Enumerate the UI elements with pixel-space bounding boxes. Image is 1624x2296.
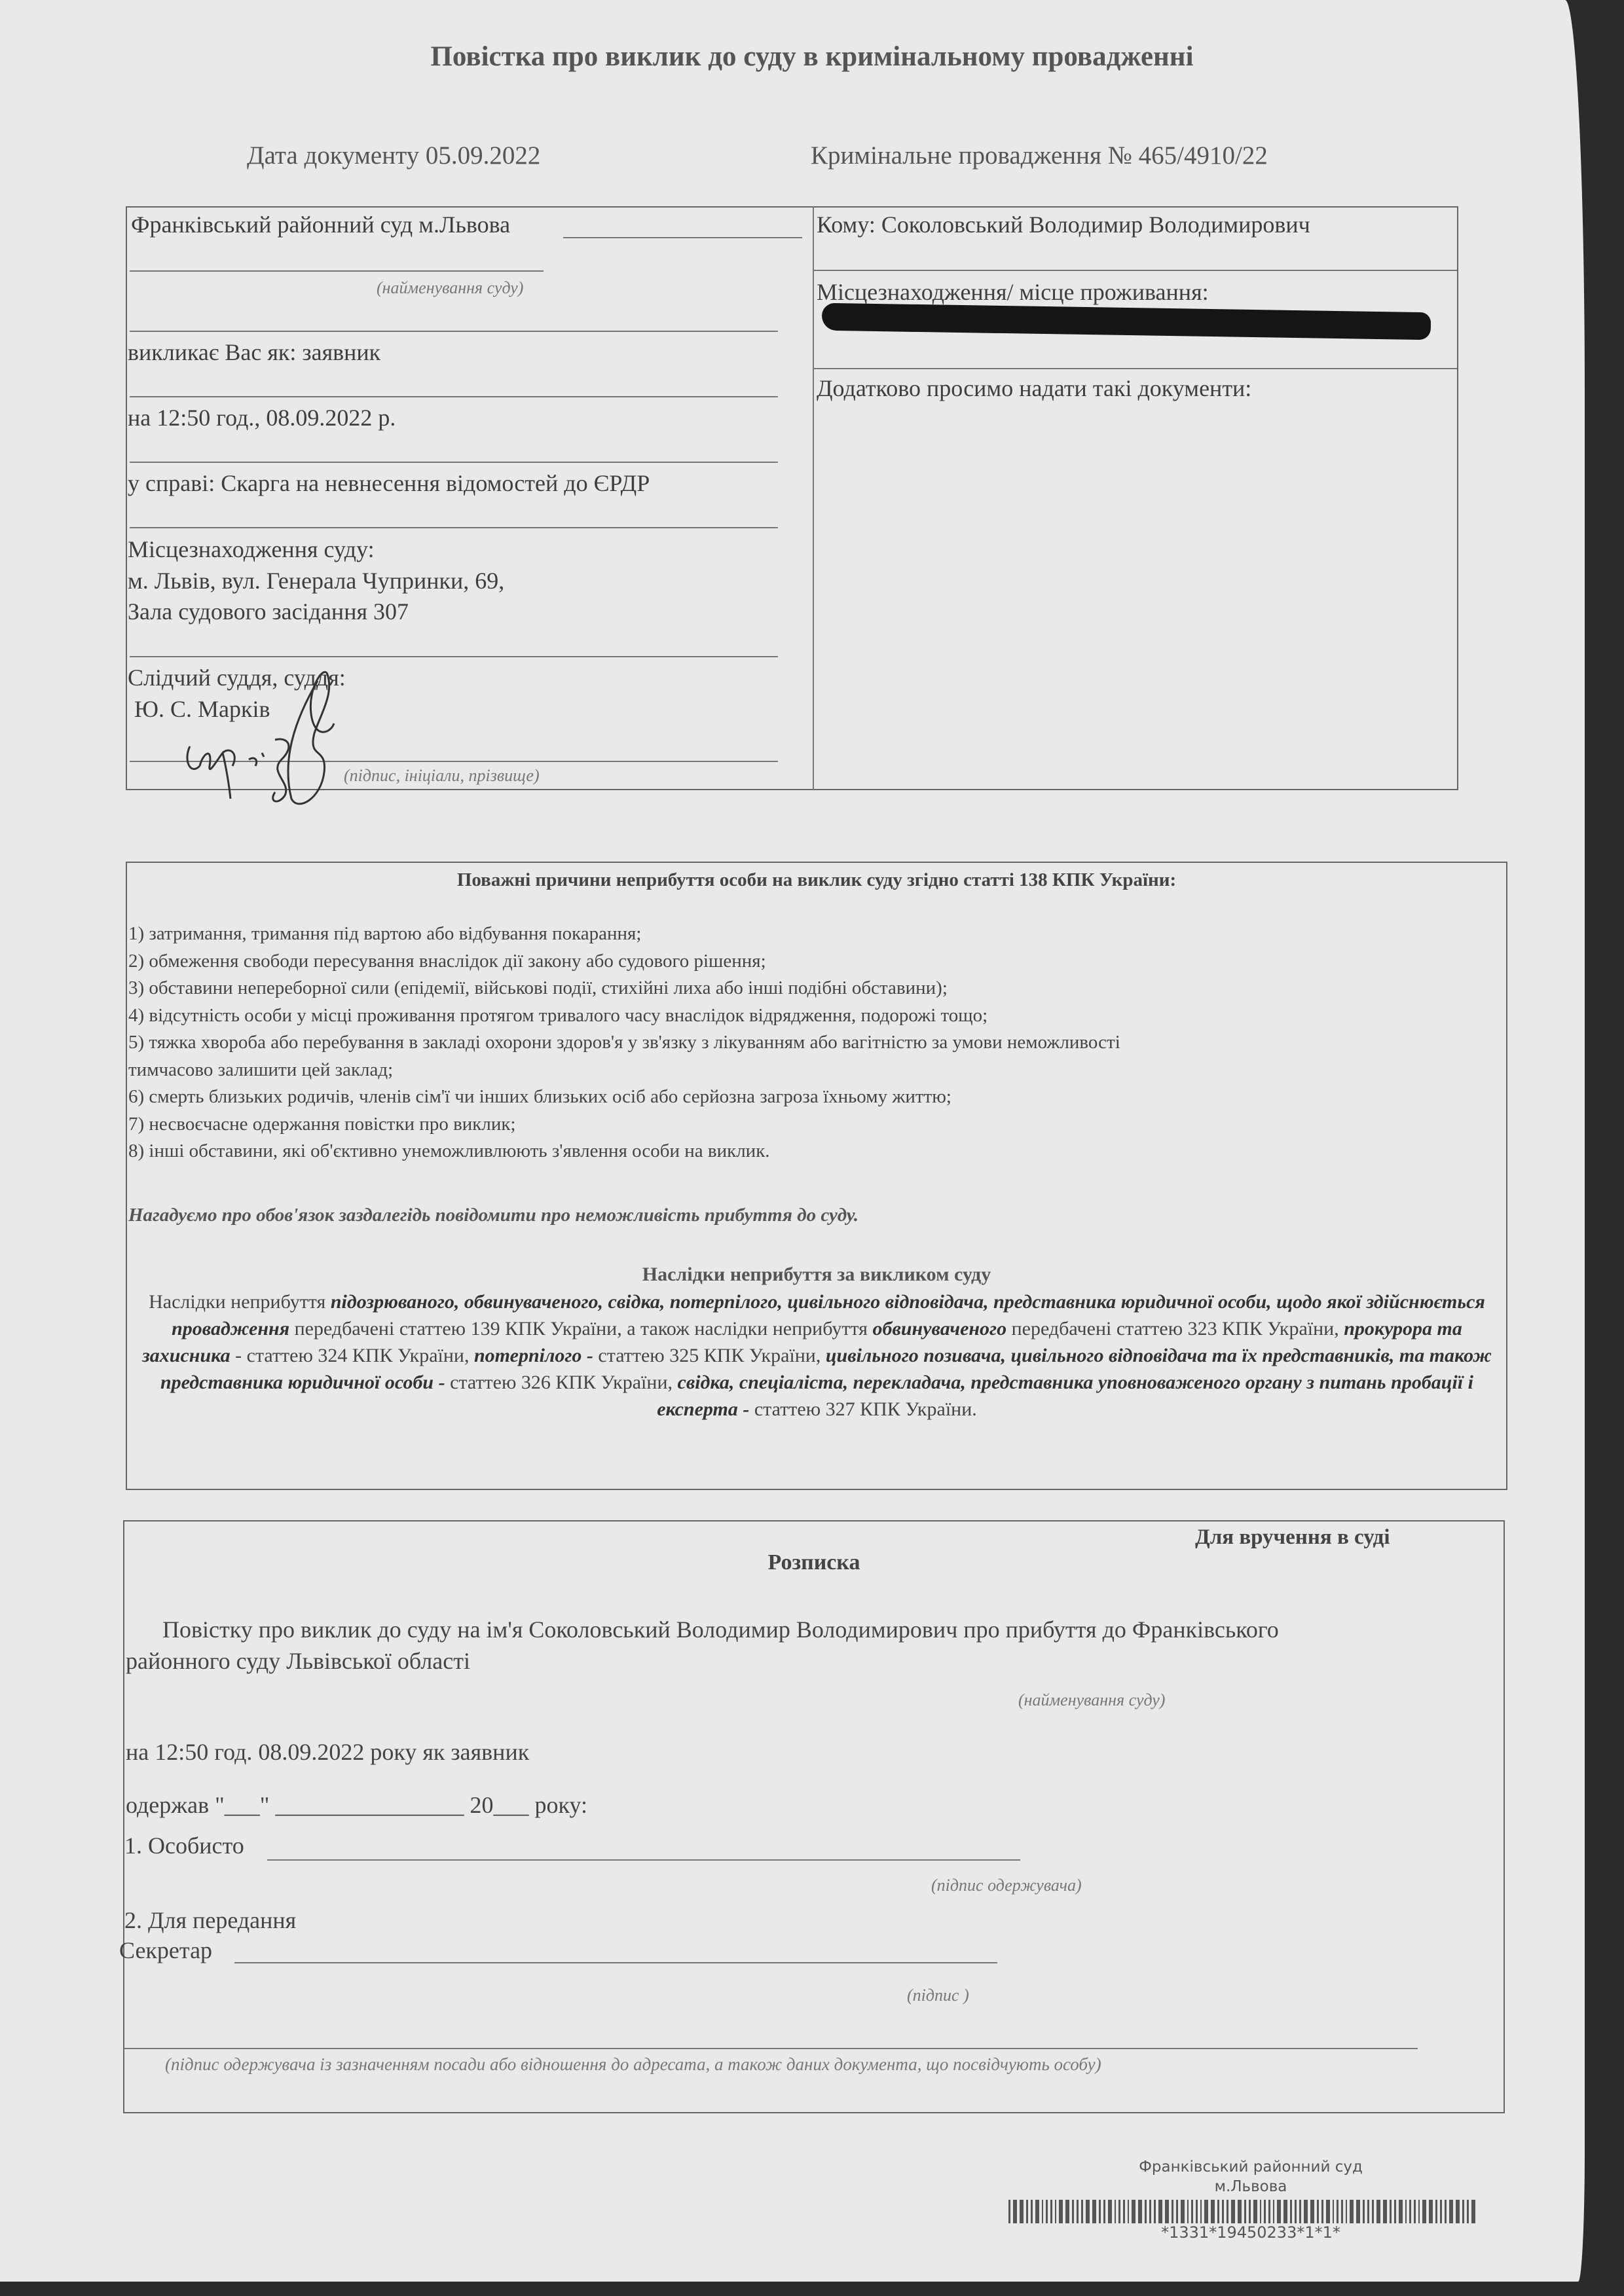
barcode-bar	[1176, 2200, 1178, 2223]
barcode-bar	[1445, 2200, 1447, 2223]
reason-item: 2) обмеження свободи пересування внаслід…	[128, 948, 1504, 975]
barcode-text: *1331*19450233*1*1*	[1074, 2223, 1428, 2242]
court-footer-line2: м.Львова	[1074, 2177, 1428, 2196]
barcode-bar	[1123, 2200, 1125, 2223]
barcode-bar	[1149, 2200, 1151, 2223]
barcode-bar	[1414, 2200, 1416, 2223]
barcode-bar	[1145, 2200, 1147, 2223]
document-date: Дата документу 05.09.2022	[247, 141, 540, 170]
receipt-body-line2: районного суду Львівської області	[126, 1647, 470, 1675]
court-room: Зала судового засідання 307	[128, 598, 409, 625]
barcode-bar	[1299, 2200, 1301, 2223]
barcode-bar	[1222, 2200, 1224, 2223]
barcode-bar	[1283, 2200, 1287, 2223]
barcode-bar	[1092, 2200, 1096, 2223]
court-footer-name: Франківський районний суд м.Львова	[1074, 2157, 1428, 2196]
barcode-bar	[1128, 2200, 1129, 2223]
barcode-bar	[1462, 2200, 1464, 2223]
reason-item: 1) затримання, тримання під вартою або в…	[128, 920, 1504, 948]
court-name: Франківський районний суд м.Львова	[131, 211, 510, 238]
barcode-bar	[1055, 2200, 1056, 2223]
reasons-title: Поважні причини неприбуття особи на викл…	[126, 869, 1507, 891]
barcode-bar	[1103, 2200, 1105, 2223]
barcode-bar	[1013, 2200, 1017, 2223]
reminder-note: Нагадуємо про обов'язок заздалегідь пові…	[128, 1202, 858, 1230]
barcode-bar	[1264, 2200, 1266, 2223]
consequences-emphasis: обвинуваченого	[872, 1318, 1006, 1339]
court-location-label: Місцезнаходження суду:	[128, 536, 375, 563]
barcode-bar	[1227, 2200, 1228, 2223]
barcode-bar	[1115, 2200, 1116, 2223]
secretary-label: Секретар	[119, 1937, 212, 1964]
for-court-label: Для вручення в суді	[1195, 1525, 1390, 1550]
barcode-bar	[1042, 2200, 1043, 2223]
hearing-datetime: на 12:50 год., 08.09.2022 р.	[128, 404, 396, 431]
barcode-bar	[1253, 2200, 1257, 2223]
personally-label: 1. Особисто	[124, 1832, 244, 1859]
judge-signature	[177, 661, 413, 812]
barcode-bar	[1317, 2200, 1319, 2223]
case-number: Кримінальне провадження № 465/4910/22	[811, 141, 1268, 170]
barcode-bar	[1440, 2200, 1442, 2223]
consequences-emphasis: потерпілого -	[474, 1345, 593, 1366]
barcode-bar	[1372, 2200, 1374, 2223]
barcode-bar	[1072, 2200, 1074, 2223]
barcode-bar	[1277, 2200, 1281, 2223]
consequences-text-part: статтею 325 КПК України,	[593, 1345, 826, 1366]
barcode-bar	[1132, 2200, 1135, 2223]
barcode-bar	[1099, 2200, 1101, 2223]
barcode-bar	[1295, 2200, 1297, 2223]
reasons-list: 1) затримання, тримання під вартою або в…	[128, 920, 1504, 1165]
consequences-title: Наслідки неприбуття за викликом суду	[126, 1264, 1507, 1286]
barcode-bar	[1394, 2200, 1396, 2223]
transfer-label: 2. Для передання	[124, 1906, 296, 1934]
consequences-text-part: статтею 326 КПК України,	[445, 1372, 678, 1393]
barcode-bar	[1217, 2200, 1219, 2223]
barcode-bar	[1108, 2200, 1112, 2223]
barcode-bar	[1181, 2200, 1185, 2223]
barcode-bar	[1249, 2200, 1251, 2223]
barcode-bar	[1165, 2200, 1169, 2223]
receipt-body-line1: Повістку про виклик до суду на ім'я Соко…	[162, 1616, 1279, 1643]
barcode-bar	[1211, 2200, 1215, 2223]
barcode-bar	[1187, 2200, 1189, 2223]
summoned-as: викликає Вас як: заявник	[128, 338, 380, 366]
reason-item: 8) інші обставини, які об'єктивно унемож…	[128, 1138, 1504, 1165]
barcode-bar	[1268, 2200, 1270, 2223]
recipient-signature-caption: (підпис одержувача)	[931, 1876, 1082, 1895]
barcode-bar	[1422, 2200, 1426, 2223]
barcode-bar	[1154, 2200, 1156, 2223]
court-address: м. Львів, вул. Генерала Чупринки, 69,	[128, 567, 504, 594]
consequences-text-part: передбачені статтею 323 КПК України,	[1006, 1318, 1344, 1339]
barcode-bar	[1418, 2200, 1420, 2223]
barcode-bar	[1409, 2200, 1411, 2223]
barcode-bar	[1363, 2200, 1365, 2223]
barcode-bar	[1367, 2200, 1369, 2223]
barcode-bar	[1350, 2200, 1354, 2223]
barcode-bar	[1172, 2200, 1173, 2223]
barcode-bar	[1399, 2200, 1403, 2223]
barcode-bar	[1081, 2200, 1083, 2223]
court-footer-line1: Франківський районний суд	[1074, 2157, 1428, 2177]
receipt-court-caption: (найменування суду)	[1018, 1690, 1165, 1710]
secretary-signature-line[interactable]	[234, 1962, 997, 1963]
barcode-bar	[1231, 2200, 1235, 2223]
barcode-bar	[1467, 2200, 1469, 2223]
barcode-bar	[1008, 2200, 1010, 2223]
barcode-bar	[1050, 2200, 1052, 2223]
barcode-bar	[1346, 2200, 1347, 2223]
barcode-bar	[1321, 2200, 1323, 2223]
consequences-text-part: статтею 327 КПК України.	[749, 1398, 976, 1420]
barcode	[1008, 2200, 1506, 2223]
consequences-text-part: передбачені статтею 139 КПК України, а т…	[289, 1318, 872, 1339]
barcode-bar	[1326, 2200, 1330, 2223]
barcode-bar	[1456, 2200, 1460, 2223]
secretary-signature-caption: (підпис )	[907, 1986, 969, 2005]
court-name-caption: (найменування суду)	[377, 278, 523, 298]
barcode-bar	[1196, 2200, 1198, 2223]
reason-item: 3) обставини непереборної сили (епідемії…	[128, 975, 1504, 1002]
recipient-name: Кому: Соколовський Володимир Володимиров…	[817, 211, 1310, 238]
consequences-text-part: - статтею 324 КПК України,	[231, 1345, 474, 1366]
barcode-bar	[1376, 2200, 1380, 2223]
barcode-bar	[1260, 2200, 1261, 2223]
documents-request-label: Додатково просимо надати такі документи:	[817, 374, 1251, 402]
barcode-bar	[1405, 2200, 1407, 2223]
barcode-bar	[1059, 2200, 1063, 2223]
received-date-line: одержав "___" ________________ 20___ рок…	[126, 1791, 587, 1819]
barcode-bar	[1138, 2200, 1142, 2223]
reason-item: 7) несвоєчасне одержання повістки про ви…	[128, 1111, 1504, 1139]
barcode-bar	[1077, 2200, 1079, 2223]
barcode-bar	[1238, 2200, 1242, 2223]
barcode-bar	[1356, 2200, 1360, 2223]
residence-label: Місцезнаходження/ місце проживання:	[817, 278, 1209, 306]
barcode-bar	[1065, 2200, 1069, 2223]
case-subject: у справі: Скарга на невнесення відомосте…	[128, 469, 650, 497]
reason-item: 6) смерть близьких родичів, членів сім'ї…	[128, 1084, 1504, 1111]
consequences-text: Наслідки неприбуття підозрюваного, обвин…	[131, 1288, 1503, 1423]
barcode-bar	[1200, 2200, 1202, 2223]
barcode-bar	[1191, 2200, 1193, 2223]
barcode-bar	[1244, 2200, 1246, 2223]
barcode-bar	[1310, 2200, 1314, 2223]
barcode-bar	[1333, 2200, 1334, 2223]
barcode-bar	[1337, 2200, 1338, 2223]
barcode-bar	[1383, 2200, 1387, 2223]
barcode-bar	[1429, 2200, 1433, 2223]
barcode-bar	[1031, 2200, 1033, 2223]
consequences-text-part: Наслідки неприбуття	[149, 1291, 331, 1313]
barcode-bar	[1449, 2200, 1453, 2223]
barcode-bar	[1026, 2200, 1028, 2223]
column-divider	[813, 206, 814, 790]
barcode-bar	[1158, 2200, 1162, 2223]
barcode-bar	[1471, 2200, 1475, 2223]
document-title: Повістка про виклик до суду в кримінальн…	[0, 41, 1624, 73]
barcode-bar	[1204, 2200, 1208, 2223]
reason-item: 5) тяжка хвороба або перебування в закла…	[128, 1029, 1504, 1057]
receipt-title: Розписка	[123, 1550, 1505, 1575]
receipt-footer-caption: (підпис одержувача із зазначенням посади…	[165, 2054, 1101, 2075]
reason-item: 4) відсутність особи у місці проживання …	[128, 1002, 1504, 1030]
recipient-signature-line[interactable]	[267, 1859, 1020, 1861]
barcode-bar	[1290, 2200, 1292, 2223]
receipt-datetime: на 12:50 год. 08.09.2022 року як заявник	[126, 1738, 529, 1766]
barcode-bar	[1341, 2200, 1343, 2223]
barcode-bar	[1304, 2200, 1308, 2223]
barcode-bar	[1435, 2200, 1437, 2223]
barcode-bar	[1020, 2200, 1024, 2223]
barcode-bar	[1035, 2200, 1039, 2223]
barcode-bar	[1046, 2200, 1048, 2223]
barcode-bar	[1273, 2200, 1274, 2223]
barcode-bar	[1086, 2200, 1090, 2223]
reason-item: тимчасово залишити цей заклад;	[128, 1057, 1504, 1084]
barcode-bar	[1118, 2200, 1120, 2223]
barcode-bar	[1390, 2200, 1392, 2223]
